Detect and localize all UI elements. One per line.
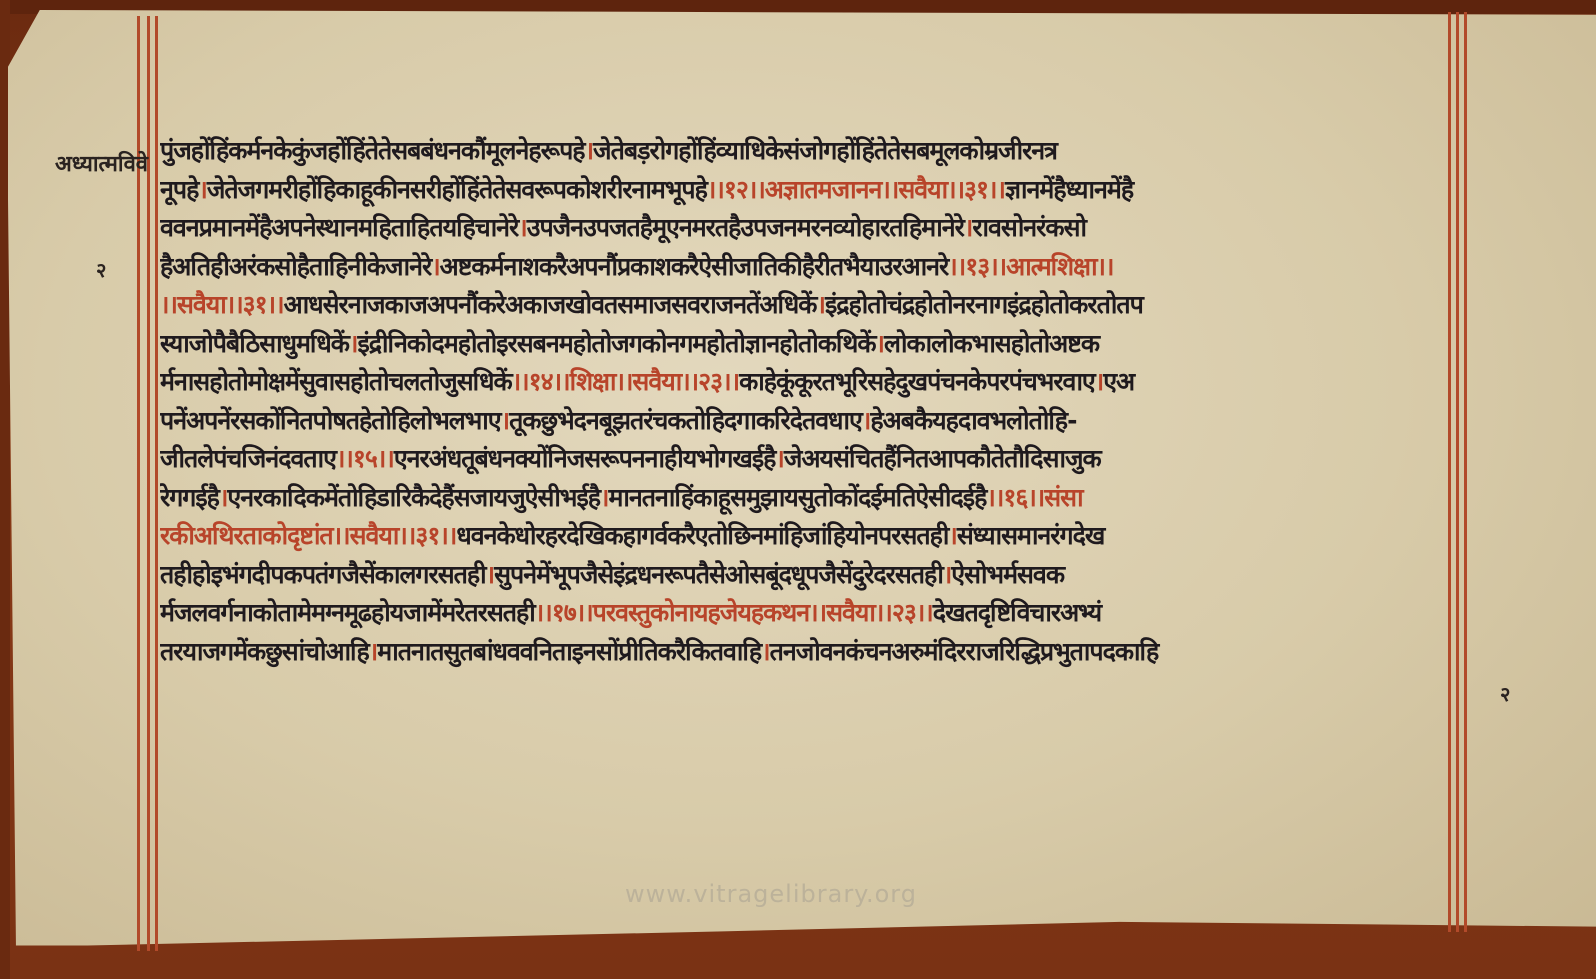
manuscript-line: नूपहे।जेतेजगमरीहोंहिकाहूकीनसरीहोंहिंतेते… [160,171,1445,210]
body-text: देखतदृष्टिविचारअभ्यं [933,598,1101,627]
rubric-text: । [876,329,884,358]
manuscript-line: ।।सवैया।।३१।।आधसेरनाजकाजअपनौंकरेअकाजखोवत… [160,286,1445,325]
rubric-text: ।।सवैया।।३१।। [160,290,284,319]
body-text: इंद्रीनिकोदमहोतोइरसबनमहोतोजगकोनगमहोतोज्ञ… [357,329,875,358]
body-text: मानतनाहिंकाहूसमुझायसुतोकोंदईमतिऐसीदईहै [608,483,986,512]
body-text: र्मनासहोतोमोक्षमेंसुवासहोतोचलतोजुसधिकें [160,367,512,396]
body-text: अष्टकर्मनाशकरैअपनौंप्रकाशकरैऐसीजातिकीहैर… [440,252,949,281]
rubric-text: ।।१५।। [336,444,394,473]
body-text: मातनातसुतबांधववनिताइनसोंप्रीतिकरैकितवाहि [377,637,761,666]
rubric-text: । [431,252,439,281]
manuscript-line: हैअतिहीअरंकसोहैताहिनीकेजानेरे।अष्टकर्मना… [160,248,1445,287]
right-border-rule [1448,12,1451,932]
rubric-text: । [761,637,769,666]
manuscript-line: स्याजोपैबैठिसाधुमधिकें।इंद्रीनिकोदमहोतोइ… [160,325,1445,364]
body-text: हैअतिहीअरंकसोहैताहिनीकेजानेरे [160,252,431,281]
right-border-rule [1464,12,1467,932]
body-text: पनेंअपनेंरसकोंनितपोषतहेतोहिलोभलभाए [160,406,501,435]
rubric-text: । [198,175,206,204]
rubric-text: । [817,290,825,319]
body-text: जेतेबड़रोगहोंहिंव्याधिकेसंजोगहोंहिंतेतेस… [593,136,1057,165]
rubric-text: ।।१७।।परवस्तुकोनायहजेयहकथन।।सवैया।।२३।। [535,598,933,627]
rubric-text: ।।१४।।शिक्षा।।सवैया।।२३।। [512,367,739,396]
body-text: सुपनेमेंभूपजैसेइंद्रधनरूपतैसेओसबूंदधूपजै… [494,560,943,589]
body-text: हेअबकैयहदावभलोतोहि- [870,406,1076,435]
body-text: इंद्रहोतोचंद्रहोतोनरनागइंद्रहोतोकरतोतप [825,290,1143,319]
rubric-text: रकीअथिरताकोदृष्टांत।।सवैया।।३१।। [160,521,456,550]
manuscript-line: तरयाजगमेंकछुसांचोआहि।मातनातसुतबांधववनिता… [160,633,1445,672]
manuscript-line: पुंजहोंहिंकर्मनकेकुंजहोंहिंतेतेसबबंधनकौं… [160,132,1445,171]
rubric-text: । [518,213,526,242]
rubric-text: । [486,560,494,589]
body-text: रावसोनरंकसो [972,213,1086,242]
manuscript-line: पनेंअपनेंरसकोंनितपोषतहेतोहिलोभलभाए।तूकछु… [160,402,1445,441]
body-text: जीतलेपंचजिनंदवताए [160,444,336,473]
folio-number-right: २ [1500,680,1510,707]
manuscript-line: र्मजलवर्गनाकोतामेमग्नमूढहोयजामेंमरेतरसतह… [160,594,1445,633]
body-text: लोकालोकभासहोतोअष्टक [884,329,1099,358]
body-text: ज्ञानमेंहैध्यानमेंहै [1005,175,1133,204]
body-text: एनरकादिकमेंतोहिडारिकैदेहैंसजायजुऐसीभईहै [227,483,600,512]
body-text: उपजैनउपजतहैमूएनमरतहैउपजनमरनव्योहारतहिमान… [527,213,964,242]
rubric-text: । [585,136,593,165]
body-text: नूपहे [160,175,198,204]
body-text: आधसेरनाजकाजअपनौंकरेअकाजखोवतसमाजसवराजनतें… [284,290,817,319]
manuscript-text-block: पुंजहोंहिंकर्मनकेकुंजहोंहिंतेतेसबबंधनकौं… [160,132,1445,671]
body-text: तूकछुभेदनबूझतरंचकतोहिदगाकरिदेतवधाए [509,406,862,435]
body-text: एअ [1103,367,1134,396]
body-text: पुंजहोंहिंकर्मनकेकुंजहोंहिंतेतेसबबंधनकौं… [160,136,585,165]
folio-number-left: २ [96,256,106,283]
manuscript-line: रेगगईहै।एनरकादिकमेंतोहिडारिकैदेहैंसजायजु… [160,479,1445,518]
rubric-text: । [501,406,509,435]
body-text: एनरअंधतूबंधनक्योंनिजसरूपननाहीयभोगखईहै [394,444,776,473]
rubric-text: । [775,444,783,473]
body-text: ववनप्रमानमेंहैअपनेस्थानमहिताहितयहिचानेरे [160,213,518,242]
body-text: र्मजलवर्गनाकोतामेमग्नमूढहोयजामेंमरेतरसतह… [160,598,535,627]
body-text: जेतेजगमरीहोंहिकाहूकीनसरीहोंहिंतेतेसवरूपक… [207,175,707,204]
body-text: स्याजोपैबैठिसाधुमधिकें [160,329,349,358]
left-border-rule [155,16,158,951]
watermark: www.vitragelibrary.org [625,880,917,908]
body-text: संध्यासमानरंगदेख [957,521,1105,550]
rubric-text: । [948,521,956,550]
right-border-rule [1456,12,1459,932]
rubric-text: ।।१६।।संसा [986,483,1082,512]
body-text: जेअयसंचितहैंनितआपकौतेतौदिसाजुक [784,444,1101,473]
rubric-text: ।।१३।।आत्मशिक्षा।। [948,252,1113,281]
manuscript-line: र्मनासहोतोमोक्षमेंसुवासहोतोचलतोजुसधिकें।… [160,363,1445,402]
manuscript-line: तहीहोइभंगदीपकपतंगजैसेंकालगरसतही।सुपनेमें… [160,556,1445,595]
body-text: तनजोवनकंचनअरुमंदिरराजरिद्धिप्रभुतापदकाहि [770,637,1159,666]
manuscript-line: रकीअथिरताकोदृष्टांत।।सवैया।।३१।।धवनकेधोर… [160,517,1445,556]
body-text: तरयाजगमेंकछुसांचोआहि [160,637,369,666]
manuscript-line: ववनप्रमानमेंहैअपनेस्थानमहिताहितयहिचानेरे… [160,209,1445,248]
margin-title: अध्यात्मविवे [55,148,148,178]
rubric-text: ।।१२।।अज्ञातमजानन।।सवैया।।३१।। [707,175,1005,204]
rubric-text: । [1095,367,1103,396]
body-text: रेगगईहै [160,483,219,512]
body-text: काहेकूंकूरतभूरिसहेदुखपंचनकेपरपंचभरवाए [739,367,1095,396]
body-text: ऐसोभर्मसवक [951,560,1064,589]
body-text: तहीहोइभंगदीपकपतंगजैसेंकालगरसतही [160,560,486,589]
rubric-text: । [369,637,377,666]
body-text: धवनकेधोरहरदेखिकहागर्वकरैएतोछिनमांहिजांहि… [456,521,948,550]
manuscript-line: जीतलेपंचजिनंदवताए।।१५।।एनरअंधतूबंधनक्यों… [160,440,1445,479]
